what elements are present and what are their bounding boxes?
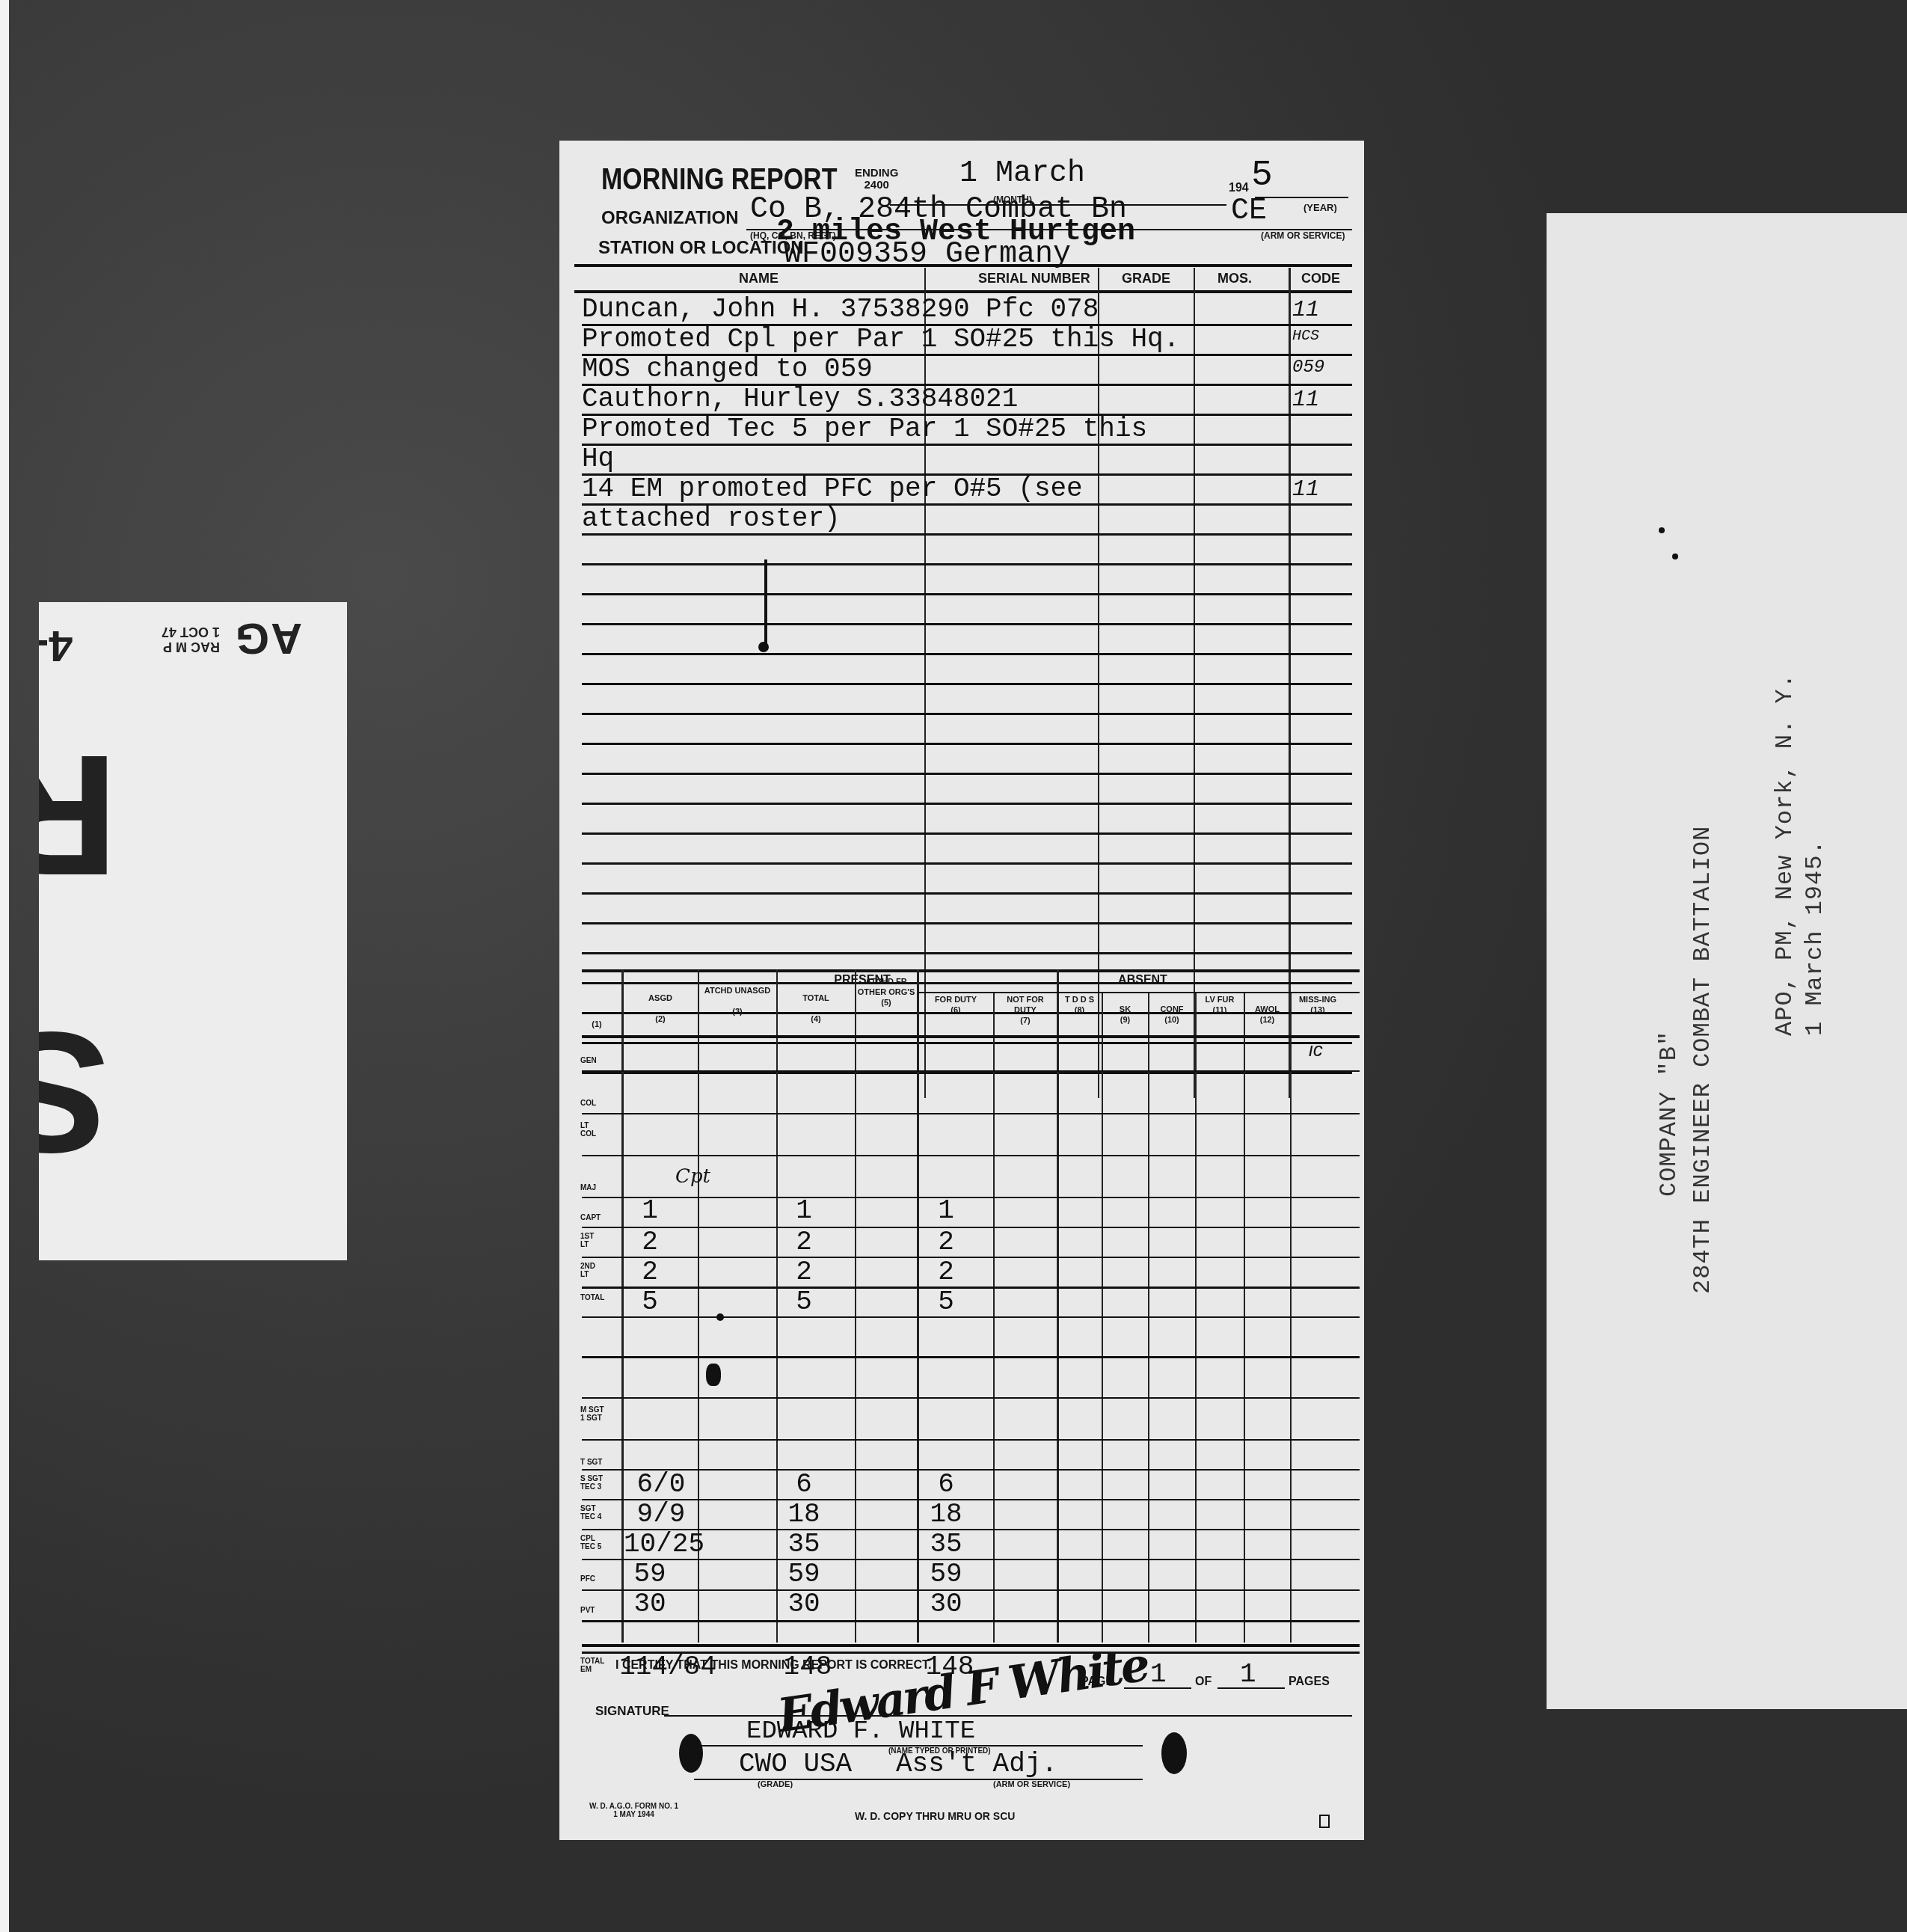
hdr-label: FOR DUTY xyxy=(920,995,992,1005)
row-label-2ndlt: 2ND LT xyxy=(580,1263,603,1279)
sgt-asgd: 9/9 xyxy=(624,1499,698,1530)
row-label-total-em: TOTAL EM xyxy=(580,1657,606,1674)
col-grade: GRADE xyxy=(1122,271,1170,286)
signer-name: EDWARD F. WHITE xyxy=(746,1717,975,1746)
hdr-label: ASGD xyxy=(624,993,697,1004)
pfc-asgd: 59 xyxy=(624,1559,676,1589)
big-letter-r: R xyxy=(39,729,118,901)
rule xyxy=(582,563,1352,565)
s-col xyxy=(993,993,995,1643)
rule xyxy=(582,952,1352,954)
morning-report-form: MORNING REPORT ENDING 2400 1 March 194 5… xyxy=(559,141,1364,1840)
hdr-label: SK xyxy=(1103,1005,1147,1015)
form-no-line1: W. D. A.G.O. FORM NO. 1 xyxy=(589,1803,678,1811)
1stlt-total: 2 xyxy=(778,1227,830,1257)
entry-line: Hq xyxy=(582,444,614,474)
hdr-4: TOTAL(4) xyxy=(778,993,854,1025)
hdr-11: LV FUR(11) xyxy=(1197,995,1243,1016)
hdr-label: T D D S xyxy=(1058,995,1101,1005)
pages-label: PAGES xyxy=(1289,1675,1330,1689)
ending-text: ENDING xyxy=(855,168,898,180)
hdr-num: (11) xyxy=(1197,1005,1243,1016)
entry-line: Duncan, John H. 37538290 Pfc 078 xyxy=(582,294,1099,325)
pvt-duty: 30 xyxy=(920,1589,972,1619)
rule xyxy=(582,773,1352,775)
entry-code: HCS xyxy=(1292,328,1319,345)
form-title: MORNING REPORT xyxy=(601,163,837,197)
hdr-num: (2) xyxy=(624,1014,697,1025)
row-label-col: COL xyxy=(580,1100,596,1108)
year-underline xyxy=(1255,197,1348,198)
2ndlt-duty: 2 xyxy=(920,1257,972,1287)
1stlt-asgd: 2 xyxy=(624,1227,676,1257)
hdr-label: NOT FOR DUTY xyxy=(995,995,1056,1016)
sgt-total: 18 xyxy=(778,1499,830,1530)
row-label-1stlt: 1ST LT xyxy=(580,1233,603,1249)
row-label-pvt: PVT xyxy=(580,1607,595,1615)
corner-box-icon xyxy=(1319,1815,1330,1828)
header-rule xyxy=(574,264,1352,267)
entry-code: 059 xyxy=(1292,358,1324,378)
hdr-9: SK(9) xyxy=(1103,1005,1147,1025)
hdr-label: ATCHD FR OTHER ORG'S xyxy=(856,977,916,998)
cpl-asgd: 10/25 xyxy=(619,1529,709,1560)
rule xyxy=(582,1113,1360,1114)
hdr-num: (12) xyxy=(1245,1015,1289,1025)
signature-label: SIGNATURE xyxy=(595,1704,669,1719)
year-digit: 5 xyxy=(1251,156,1273,196)
rule xyxy=(582,922,1352,924)
absent-group: ABSENT xyxy=(956,975,1330,986)
s-col xyxy=(1195,993,1197,1643)
punch-hole-left xyxy=(679,1734,703,1773)
left-index-card: AG RAC M P 1 OCT 47 4- R S xyxy=(39,602,347,1260)
rule xyxy=(582,683,1352,685)
hdr-num: (8) xyxy=(1058,1005,1101,1016)
row-label-maj: MAJ xyxy=(580,1184,596,1192)
capt-total: 1 xyxy=(778,1195,830,1226)
handwritten-annotation: Cpt xyxy=(675,1165,710,1188)
s-col xyxy=(1290,993,1292,1643)
hdr-12: AWOL(12) xyxy=(1245,1005,1289,1025)
hdr-num: (6) xyxy=(920,1005,992,1016)
rule xyxy=(582,713,1352,715)
1stlt-duty: 2 xyxy=(920,1227,972,1257)
col-serial: SERIAL NUMBER xyxy=(978,271,1090,286)
hdr-label: LV FUR xyxy=(1197,995,1243,1005)
ink-dot xyxy=(758,642,769,652)
hdr-3: ATCHD UNASGD(3) xyxy=(699,986,776,1017)
battalion-label: 284TH ENGINEER COMBAT BATTALION xyxy=(1689,826,1716,1294)
stamp-line1: RAC M P xyxy=(163,640,220,654)
entry-code: 11 xyxy=(1292,298,1319,323)
hdr-6: FOR DUTY(6) xyxy=(920,995,992,1016)
initials: ic xyxy=(1309,1038,1323,1061)
rule xyxy=(582,1439,1360,1441)
cpl-total: 35 xyxy=(778,1529,830,1560)
report-date: 1 March xyxy=(959,157,1085,191)
hdr-label: CONF xyxy=(1149,1005,1194,1015)
hdr-num: (3) xyxy=(699,1007,776,1017)
stamp-fragment: 4- xyxy=(39,621,73,671)
company-label: COMPANY "B" xyxy=(1655,1031,1683,1197)
row-label-msgt: M SGT 1 SGT xyxy=(580,1406,606,1423)
rule xyxy=(582,803,1352,805)
ssgt-asgd: 6/0 xyxy=(624,1469,698,1500)
s-col xyxy=(1244,993,1245,1643)
service-sublabel: (ARM OR SERVICE) xyxy=(1261,230,1345,241)
off-total-asgd: 5 xyxy=(624,1287,676,1317)
row-label-sgt: SGT TEC 4 xyxy=(580,1505,606,1521)
year-label: (YEAR) xyxy=(1303,202,1337,213)
rule xyxy=(582,862,1352,865)
page-total: 1 xyxy=(1240,1659,1256,1690)
hdr-num: (5) xyxy=(856,998,916,1008)
copy-note: W. D. COPY THRU MRU OR SCU xyxy=(855,1810,1015,1822)
hdr-label: ATCHD UNASGD xyxy=(699,986,776,996)
rule xyxy=(582,623,1352,625)
form-number: W. D. A.G.O. FORM NO. 1 1 MAY 1944 xyxy=(589,1803,678,1819)
right-title-card: COMPANY "B" 284TH ENGINEER COMBAT BATTAL… xyxy=(1547,213,1907,1709)
grade-value: CWO USA xyxy=(739,1749,852,1779)
stamp-text: RAC M P 1 OCT 47 xyxy=(162,625,220,654)
pfc-total: 59 xyxy=(778,1559,830,1589)
hdr-num: (9) xyxy=(1103,1015,1147,1025)
hdr-8: T D D S(8) xyxy=(1058,995,1101,1016)
hdr-num: (4) xyxy=(778,1014,854,1025)
arm-sublabel: (ARM OR SERVICE) xyxy=(993,1780,1070,1789)
hdr-num: (10) xyxy=(1149,1015,1194,1025)
hdr-label: TOTAL xyxy=(778,993,854,1004)
sgt-duty: 18 xyxy=(920,1499,972,1530)
cpl-duty: 35 xyxy=(920,1529,972,1560)
row-label-total-off: TOTAL xyxy=(580,1294,603,1302)
ink-speck xyxy=(1672,553,1678,559)
form-no-line2: 1 MAY 1944 xyxy=(589,1811,678,1819)
capt-duty: 1 xyxy=(920,1195,972,1226)
ink-blot xyxy=(706,1364,721,1386)
of-label: OF xyxy=(1195,1675,1212,1689)
title-value: Ass't Adj. xyxy=(896,1749,1057,1779)
hdr-2: ASGD(2) xyxy=(624,993,697,1025)
rule xyxy=(582,1070,1360,1072)
grade-sublabel: (GRADE) xyxy=(758,1780,793,1789)
apo-date: 1 March 1945. xyxy=(1801,839,1828,1036)
punch-hole-right xyxy=(1161,1732,1187,1774)
col-mos: MOS. xyxy=(1217,271,1252,286)
entry-line: Promoted Tec 5 per Par 1 SO#25 this xyxy=(582,414,1147,444)
s-col xyxy=(1148,993,1149,1643)
colhdr-rule xyxy=(574,290,1352,293)
col-name: NAME xyxy=(739,271,779,286)
entry-line: Promoted Cpl per Par 1 SO#25 this Hq. xyxy=(582,324,1179,355)
pfc-duty: 59 xyxy=(920,1559,972,1589)
ssgt-duty: 6 xyxy=(920,1469,972,1500)
service-value: CE xyxy=(1231,194,1267,228)
entry-code: 11 xyxy=(1292,387,1319,413)
page-edge xyxy=(0,0,9,1932)
hdr-13: MISS-ING(13) xyxy=(1292,995,1344,1016)
hdr-7: NOT FOR DUTY(7) xyxy=(995,995,1056,1026)
strength-hdr-rule xyxy=(582,1035,1360,1038)
ssgt-total: 6 xyxy=(778,1469,830,1500)
row-label-ltcol: LT COL xyxy=(580,1122,603,1138)
total-underline xyxy=(1217,1687,1285,1689)
year-prefix: 194 xyxy=(1229,182,1249,195)
rule xyxy=(582,593,1352,595)
rule xyxy=(582,1620,1360,1622)
stamp-line2: 1 OCT 47 xyxy=(162,625,220,640)
organization-label: ORGANIZATION xyxy=(601,208,739,229)
2ndlt-total: 2 xyxy=(778,1257,830,1287)
entry-line: MOS changed to 059 xyxy=(582,354,873,384)
row-label-gen: GEN xyxy=(580,1057,597,1065)
hdr-num: (13) xyxy=(1292,1005,1344,1016)
pvt-asgd: 30 xyxy=(624,1589,676,1619)
entry-line: attached roster) xyxy=(582,503,841,534)
pvt-total: 30 xyxy=(778,1589,830,1619)
row-label-tsgt: T SGT xyxy=(580,1459,602,1467)
big-letter-s: S xyxy=(39,1006,108,1178)
rule xyxy=(582,653,1352,655)
ending-label: ENDING 2400 xyxy=(855,168,898,191)
ink-stroke xyxy=(764,559,767,649)
group-rule xyxy=(918,992,1360,993)
rule xyxy=(582,832,1352,835)
entry-line: Cauthorn, Hurley S.33848021 xyxy=(582,384,1018,414)
col-code: CODE xyxy=(1301,271,1340,286)
rule xyxy=(582,1155,1360,1156)
certify-text: I CERTIFY THAT THIS MORNING REPORT IS CO… xyxy=(615,1659,932,1672)
hdr-10: CONF(10) xyxy=(1149,1005,1194,1025)
hdr-label: MISS-ING xyxy=(1292,995,1344,1005)
entry-code: 11 xyxy=(1292,477,1319,503)
2ndlt-asgd: 2 xyxy=(624,1257,676,1287)
hdr-label: AWOL xyxy=(1245,1005,1289,1015)
rule xyxy=(582,892,1352,895)
off-total-total: 5 xyxy=(778,1287,830,1317)
hdr-1: (1) xyxy=(574,1019,619,1030)
ink-dot xyxy=(716,1313,724,1321)
row-label-ssgt: S SGT TEC 3 xyxy=(580,1475,606,1491)
stamp-code: AG xyxy=(234,613,302,663)
ink-speck xyxy=(1659,527,1665,533)
rule xyxy=(582,1397,1360,1399)
s-col xyxy=(1102,993,1103,1643)
station-label: STATION OR LOCATION xyxy=(598,238,804,259)
rule xyxy=(582,1356,1360,1358)
capt-asgd: 1 xyxy=(624,1195,676,1226)
row-label-capt: CAPT xyxy=(580,1214,601,1222)
rule xyxy=(582,743,1352,745)
entry-line: 14 EM promoted PFC per O#5 (see xyxy=(582,473,1083,504)
ending-time: 2400 xyxy=(855,180,898,191)
row-label-cpl: CPL TEC 5 xyxy=(580,1535,606,1551)
off-total-duty: 5 xyxy=(920,1287,972,1317)
hdr-5: ATCHD FR OTHER ORG'S(5) xyxy=(856,977,916,1008)
month-sublabel: (MONTH) xyxy=(993,194,1032,205)
totals-rule xyxy=(582,1644,1360,1647)
signature-line xyxy=(664,1715,1352,1717)
page-number: 1 xyxy=(1150,1659,1167,1690)
row-label-pfc: PFC xyxy=(580,1575,595,1583)
hdr-num: (7) xyxy=(995,1016,1056,1026)
name-line xyxy=(694,1745,1143,1747)
apo-address: APO, PM, New York, N. Y. xyxy=(1771,673,1799,1036)
